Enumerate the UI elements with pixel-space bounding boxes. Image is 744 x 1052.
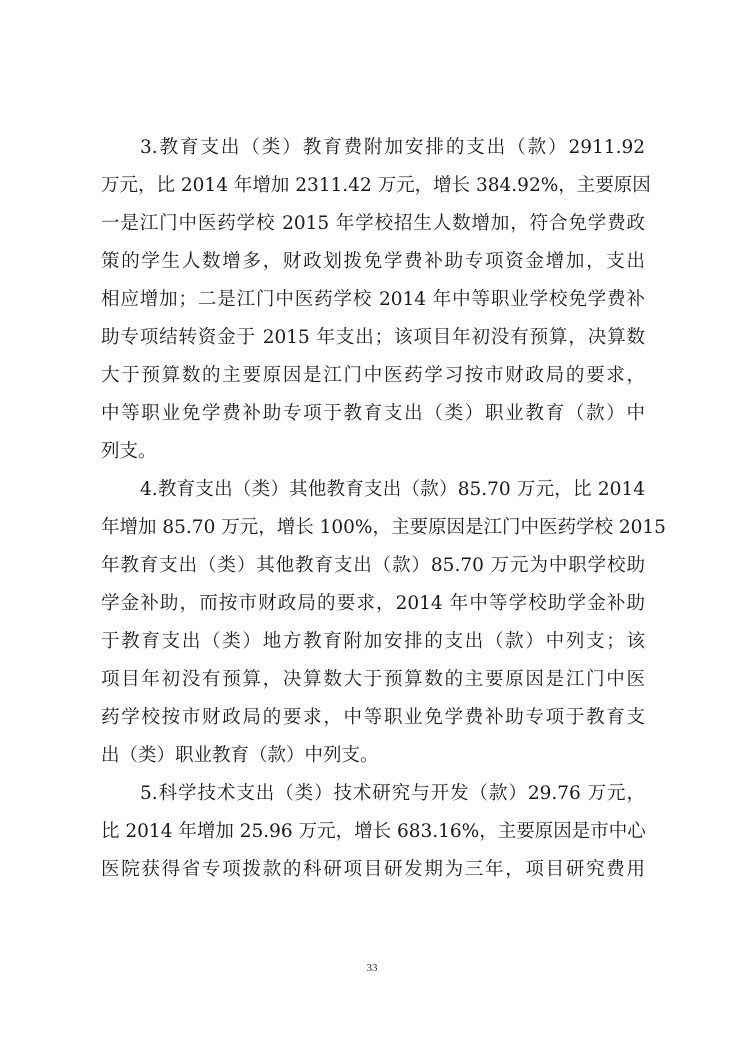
paragraph-4-line: 于教育支出（类）地方教育附加安排的支出（款）中列支；该 [101,627,645,665]
paragraph-4-line: 出（类）职业教育（款）中列支。 [101,741,645,779]
paragraph-5-line: 医院获得省专项拨款的科研项目研发期为三年，项目研究费用 [101,855,645,893]
paragraph-4-line: 年增加 85.70 万元，增长 100%，主要原因是江门中医药学校 2015 [101,513,645,551]
paragraph-3-line: 助专项结转资金于 2015 年支出；该项目年初没有预算，决算数 [101,323,645,361]
paragraph-4-line: 4.教育支出（类）其他教育支出（款）85.70 万元，比 2014 [101,475,645,513]
paragraph-3-line: 3.教育支出（类）教育费附加安排的支出（款）2911.92 [101,133,645,171]
paragraph-5-line: 比 2014 年增加 25.96 万元，增长 683.16%，主要原因是市中心 [101,817,645,855]
paragraph-4-line: 项目年初没有预算，决算数大于预算数的主要原因是江门中医 [101,665,645,703]
page-number: 33 [0,962,744,974]
paragraph-3-line: 一是江门中医药学校 2015 年学校招生人数增加，符合免学费政 [101,209,645,247]
paragraph-4-line: 药学校按市财政局的要求，中等职业免学费补助专项于教育支 [101,703,645,741]
paragraph-3-line: 万元，比 2014 年增加 2311.42 万元，增长 384.92%，主要原因 [101,171,645,209]
body-text: 3.教育支出（类）教育费附加安排的支出（款）2911.92 万元，比 2014 … [101,133,645,893]
document-page: 3.教育支出（类）教育费附加安排的支出（款）2911.92 万元，比 2014 … [0,0,744,1052]
paragraph-4-line: 年教育支出（类）其他教育支出（款）85.70 万元为中职学校助 [101,551,645,589]
paragraph-3-line: 中等职业免学费补助专项于教育支出（类）职业教育（款）中 [101,399,645,437]
paragraph-3-line: 大于预算数的主要原因是江门中医药学习按市财政局的要求， [101,361,645,399]
paragraph-3-line: 相应增加；二是江门中医药学校 2014 年中等职业学校免学费补 [101,285,645,323]
paragraph-3-line: 策的学生人数增多，财政划拨免学费补助专项资金增加，支出 [101,247,645,285]
paragraph-3-line: 列支。 [101,437,645,475]
paragraph-5-line: 5.科学技术支出（类）技术研究与开发（款）29.76 万元， [101,779,645,817]
paragraph-4-line: 学金补助，而按市财政局的要求，2014 年中等学校助学金补助 [101,589,645,627]
